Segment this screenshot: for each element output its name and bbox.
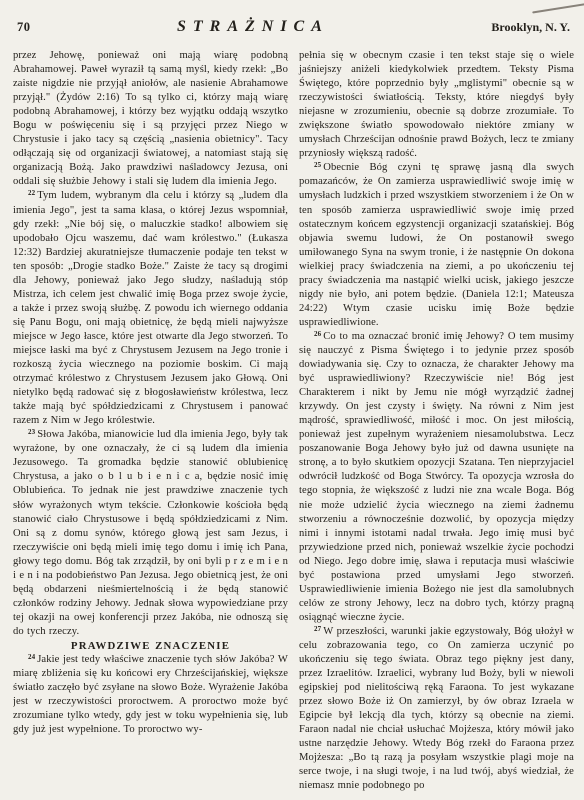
- paragraph-24: 24Jakie jest tedy właściwe znaczenie tyc…: [13, 653, 288, 737]
- paragraph-27: 27W przeszłości, warunki jakie egzystowa…: [299, 625, 574, 794]
- paragraph-22: 22Tym ludem, wybranym dla celu i którzy …: [13, 189, 288, 428]
- paragraph-text: Obecnie Bóg czyni tę sprawę jasną dla sw…: [299, 162, 574, 328]
- paragraph-number: 25: [314, 161, 321, 169]
- paragraph-continuation: pełnia się w obecnym czasie i ten tekst …: [299, 49, 574, 161]
- paragraph-number: 26: [314, 330, 321, 338]
- paragraph-number: 27: [314, 625, 321, 633]
- text-columns: przez Jehowę, ponieważ oni mają wiarę po…: [13, 49, 574, 796]
- paragraph-text: W przeszłości, warunki jakie egzystowały…: [299, 626, 574, 792]
- paragraph-text: Tym ludem, wybranym dla celu i którzy są…: [13, 190, 288, 426]
- page-number: 70: [17, 20, 31, 35]
- journal-title: STRAŻNICA: [177, 18, 329, 36]
- paragraph-number: 24: [28, 653, 35, 661]
- page-header: 70 STRAŻNICA Brooklyn, N. Y.: [13, 14, 574, 36]
- paragraph-text: pełnia się w obecnym czasie i ten tekst …: [299, 50, 574, 159]
- paragraph-23: 23Słowa Jakóba, mianowicie lud dla imien…: [13, 428, 288, 639]
- paragraph-text: Słowa Jakóba, mianowicie lud dla imienia…: [13, 429, 288, 637]
- paragraph-number: 22: [28, 189, 35, 197]
- paragraph-text: Co to ma oznaczać bronić imię Jehowy? O …: [299, 331, 574, 623]
- paragraph-text: Jakie jest tedy właściwe znaczenie tych …: [13, 654, 288, 735]
- left-column: przez Jehowę, ponieważ oni mają wiarę po…: [13, 49, 288, 796]
- paragraph-text: przez Jehowę, ponieważ oni mają wiarę po…: [13, 50, 288, 187]
- publication-location: Brooklyn, N. Y.: [491, 20, 570, 35]
- right-column: pełnia się w obecnym czasie i ten tekst …: [299, 49, 574, 796]
- paragraph-continuation: przez Jehowę, ponieważ oni mają wiarę po…: [13, 49, 288, 189]
- paragraph-number: 23: [28, 428, 35, 436]
- magazine-page: 70 STRAŻNICA Brooklyn, N. Y. przez Jehow…: [0, 0, 584, 796]
- section-heading: PRAWDZIWE ZNACZENIE: [13, 639, 288, 653]
- paragraph-25: 25Obecnie Bóg czyni tę sprawę jasną dla …: [299, 161, 574, 330]
- paragraph-26: 26Co to ma oznaczać bronić imię Jehowy? …: [299, 330, 574, 625]
